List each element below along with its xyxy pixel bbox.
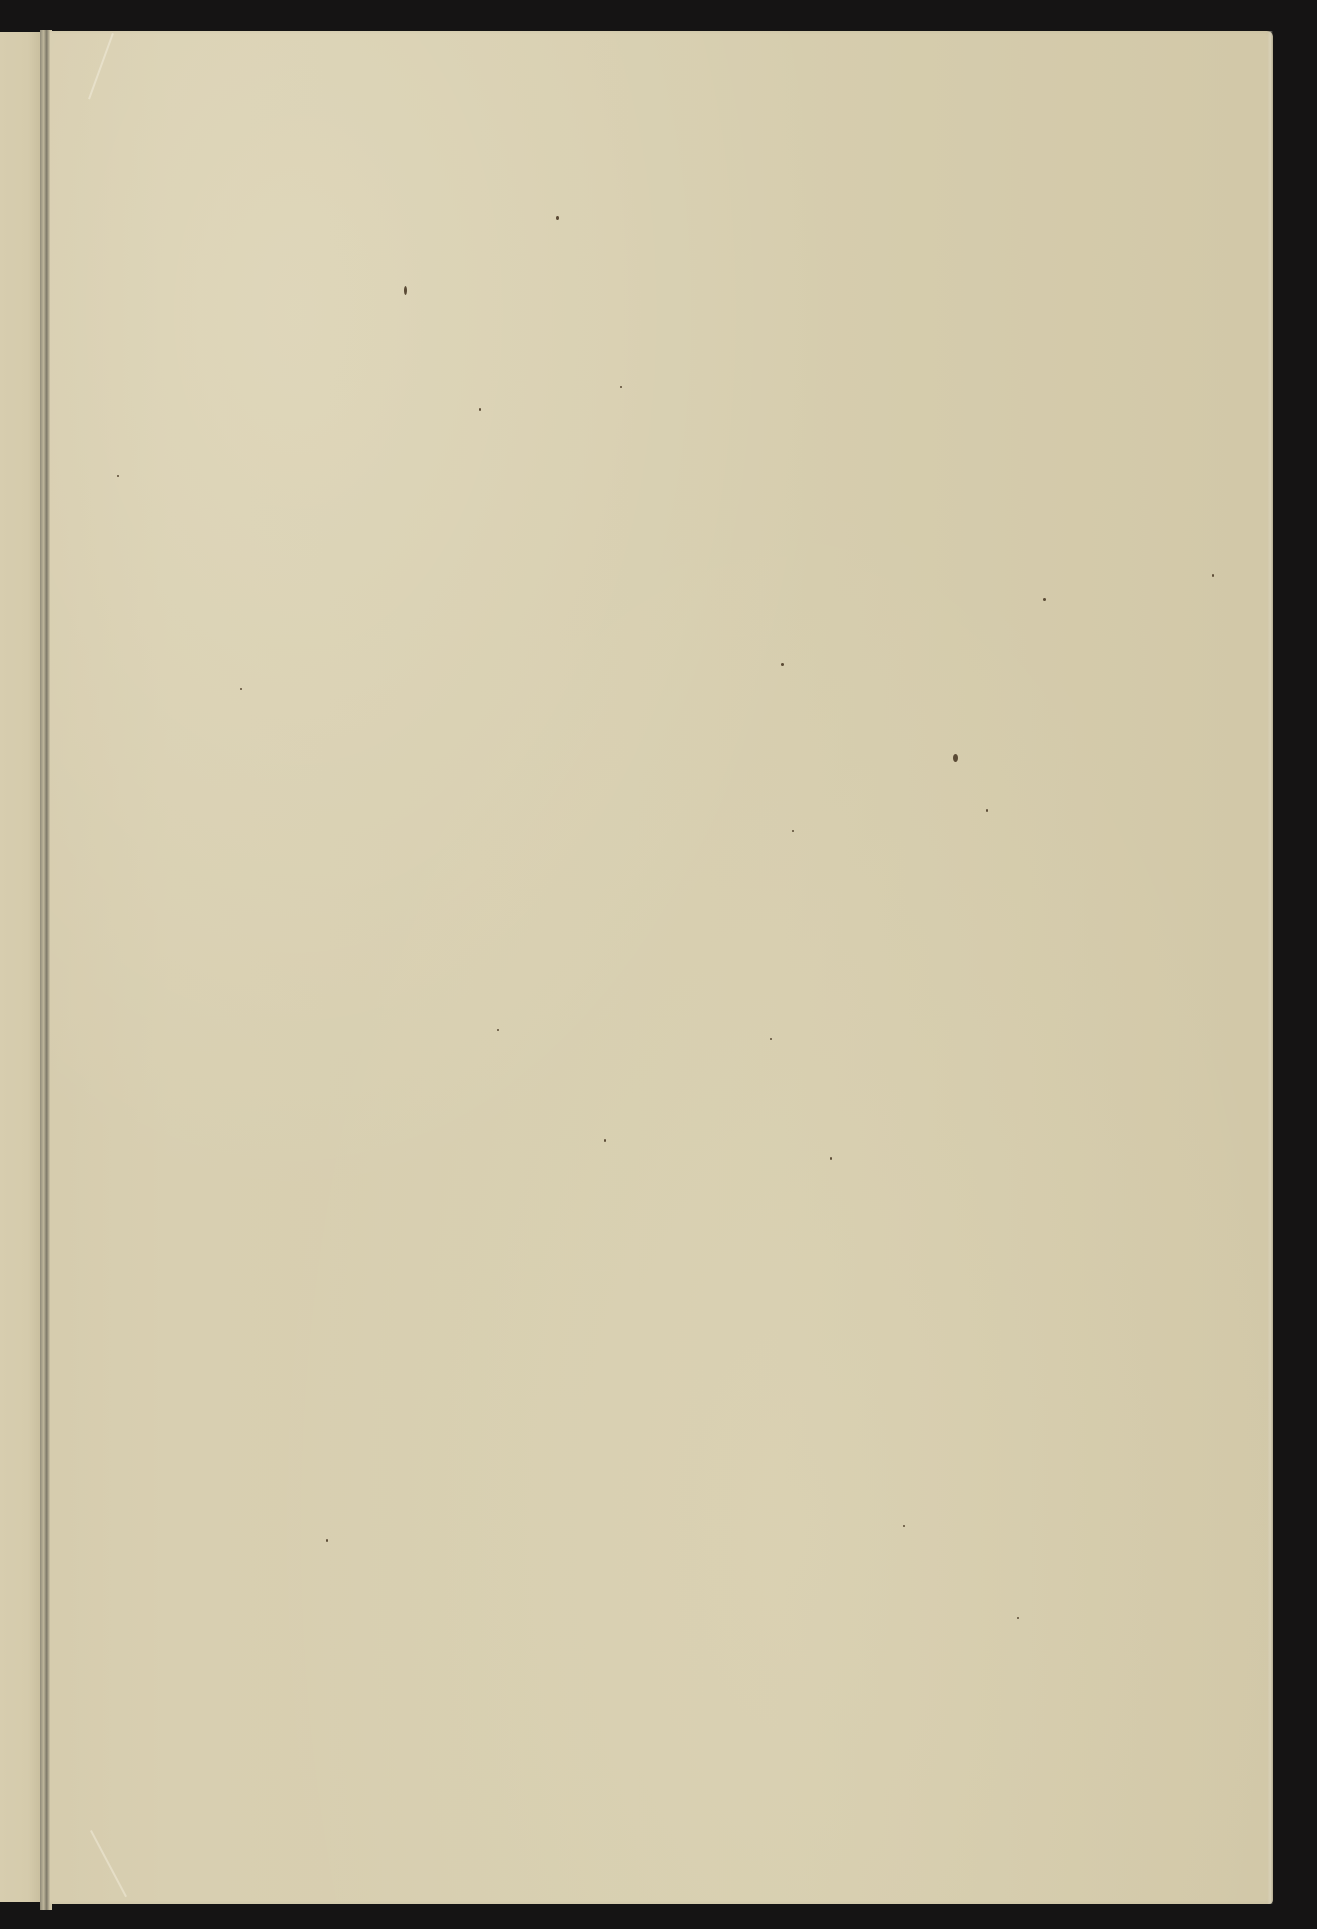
page-right-edge: [1267, 31, 1273, 1904]
paper-speck: [1017, 1617, 1019, 1619]
left-page-edge: [0, 32, 40, 1902]
paper-speck: [620, 386, 622, 388]
corner-crease-bottom: [90, 1830, 127, 1897]
paper-speck: [497, 1029, 499, 1031]
paper-speck: [117, 475, 119, 477]
paper-speck: [770, 1038, 772, 1040]
paper-speck: [604, 1139, 606, 1142]
paper-speck: [781, 663, 784, 666]
paper-speck: [953, 754, 958, 762]
paper-speck: [404, 286, 407, 295]
paper-speck: [903, 1525, 905, 1527]
corner-crease-top: [88, 33, 114, 99]
paper-speck: [1212, 574, 1214, 577]
paper-speck: [326, 1539, 328, 1542]
paper-speck: [240, 688, 242, 690]
paper-speck: [479, 408, 481, 411]
paper-speck: [1043, 598, 1046, 601]
blank-book-page: [50, 31, 1273, 1904]
paper-speck: [830, 1157, 832, 1160]
paper-speck: [556, 216, 559, 220]
paper-speck: [986, 809, 988, 812]
paper-speck: [792, 830, 794, 832]
